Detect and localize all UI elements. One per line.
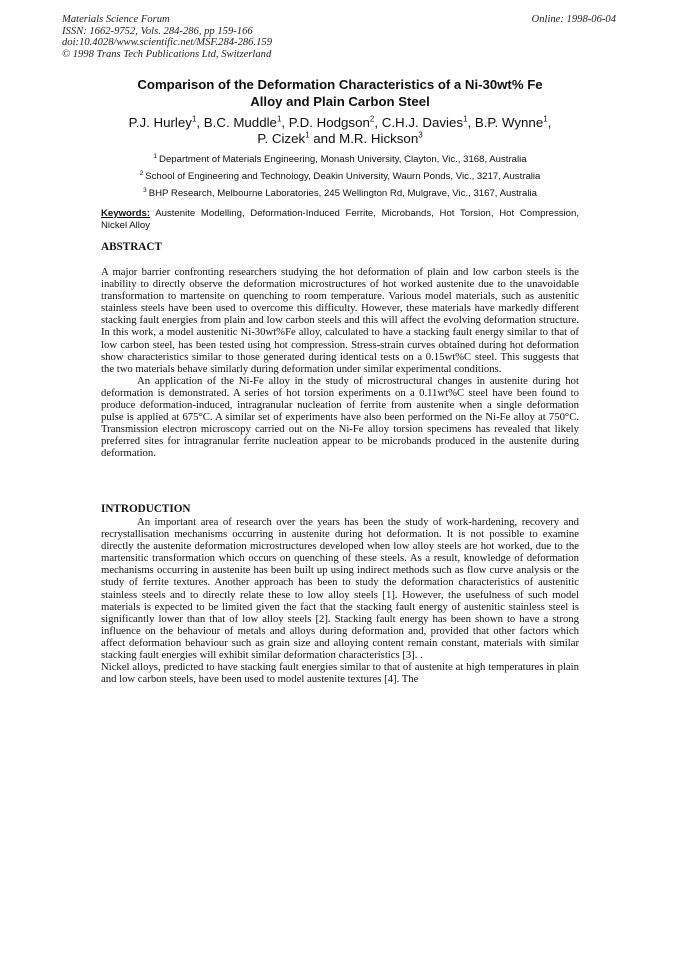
abstract-heading: ABSTRACT: [101, 241, 162, 254]
affiliation-text: BHP Research, Melbourne Laboratories, 24…: [149, 188, 537, 199]
author: B.P. Wynne1,: [475, 115, 552, 130]
paper-title-line-2: Alloy and Plain Carbon Steel: [100, 94, 580, 111]
author-name: P.D. Hodgson: [289, 115, 370, 130]
abstract-paragraph-2: An application of the Ni-Fe alloy in the…: [101, 375, 579, 460]
paper-title: Comparison of the Deformation Characteri…: [100, 77, 580, 110]
affiliation-2: 2School of Engineering and Technology, D…: [90, 168, 590, 185]
author: P.J. Hurley1,: [129, 115, 204, 130]
author-name: C.H.J. Davies: [382, 115, 463, 130]
affiliation-number: 2: [140, 170, 144, 177]
introduction-body: An important area of research over the y…: [101, 516, 579, 685]
author-separator: ,: [548, 115, 552, 130]
affiliation-1: 1Department of Materials Engineering, Mo…: [90, 151, 590, 168]
author: B.C. Muddle1,: [204, 115, 289, 130]
issn-volume-pages: ISSN: 1662-9752, Vols. 284-286, pp 159-1…: [62, 26, 272, 38]
paper-title-line-1: Comparison of the Deformation Characteri…: [100, 77, 580, 94]
keywords-text: Austenite Modelling, Deformation-Induced…: [101, 208, 579, 231]
affiliation-list: 1Department of Materials Engineering, Mo…: [90, 151, 590, 202]
document-page: Materials Science Forum ISSN: 1662-9752,…: [0, 0, 678, 959]
author-name: B.C. Muddle: [204, 115, 277, 130]
author-separator: ,: [281, 115, 288, 130]
abstract-body: A major barrier confronting researchers …: [101, 266, 579, 460]
author: M.R. Hickson3: [339, 131, 423, 146]
affiliation-number: 3: [143, 187, 147, 194]
author: P. Cizek1 and: [257, 131, 339, 146]
author: P.D. Hodgson2,: [289, 115, 382, 130]
author-name: B.P. Wynne: [475, 115, 543, 130]
author-list: P.J. Hurley1, B.C. Muddle1, P.D. Hodgson…: [90, 115, 590, 147]
affiliation-text: Department of Materials Engineering, Mon…: [159, 154, 527, 165]
introduction-paragraph-1: An important area of research over the y…: [101, 516, 579, 661]
keywords-label: Keywords:: [101, 208, 150, 219]
affiliation-marker: 3: [418, 131, 422, 140]
introduction-heading: INTRODUCTION: [101, 503, 191, 516]
author-name: P. Cizek: [257, 131, 305, 146]
abstract-paragraph-1: A major barrier confronting researchers …: [101, 266, 579, 375]
author-separator: ,: [196, 115, 203, 130]
author-separator: ,: [374, 115, 381, 130]
author: C.H.J. Davies1,: [382, 115, 475, 130]
doi-link[interactable]: doi:10.4028/www.scientific.net/MSF.284-2…: [62, 37, 272, 49]
affiliation-number: 1: [153, 153, 157, 160]
author-name: P.J. Hurley: [129, 115, 192, 130]
introduction-paragraph-2: Nickel alloys, predicted to have stackin…: [101, 661, 579, 685]
affiliation-3: 3BHP Research, Melbourne Laboratories, 2…: [90, 185, 590, 202]
author-separator: and: [310, 131, 340, 146]
copyright-notice: © 1998 Trans Tech Publications Ltd, Swit…: [62, 49, 272, 61]
journal-name: Materials Science Forum: [62, 14, 272, 26]
author-name: M.R. Hickson: [339, 131, 418, 146]
online-date: Online: 1998-06-04: [532, 14, 616, 26]
author-separator: ,: [467, 115, 474, 130]
publication-info: Materials Science Forum ISSN: 1662-9752,…: [62, 14, 272, 60]
keywords: Keywords: Austenite Modelling, Deformati…: [101, 208, 579, 231]
affiliation-text: School of Engineering and Technology, De…: [145, 171, 540, 182]
